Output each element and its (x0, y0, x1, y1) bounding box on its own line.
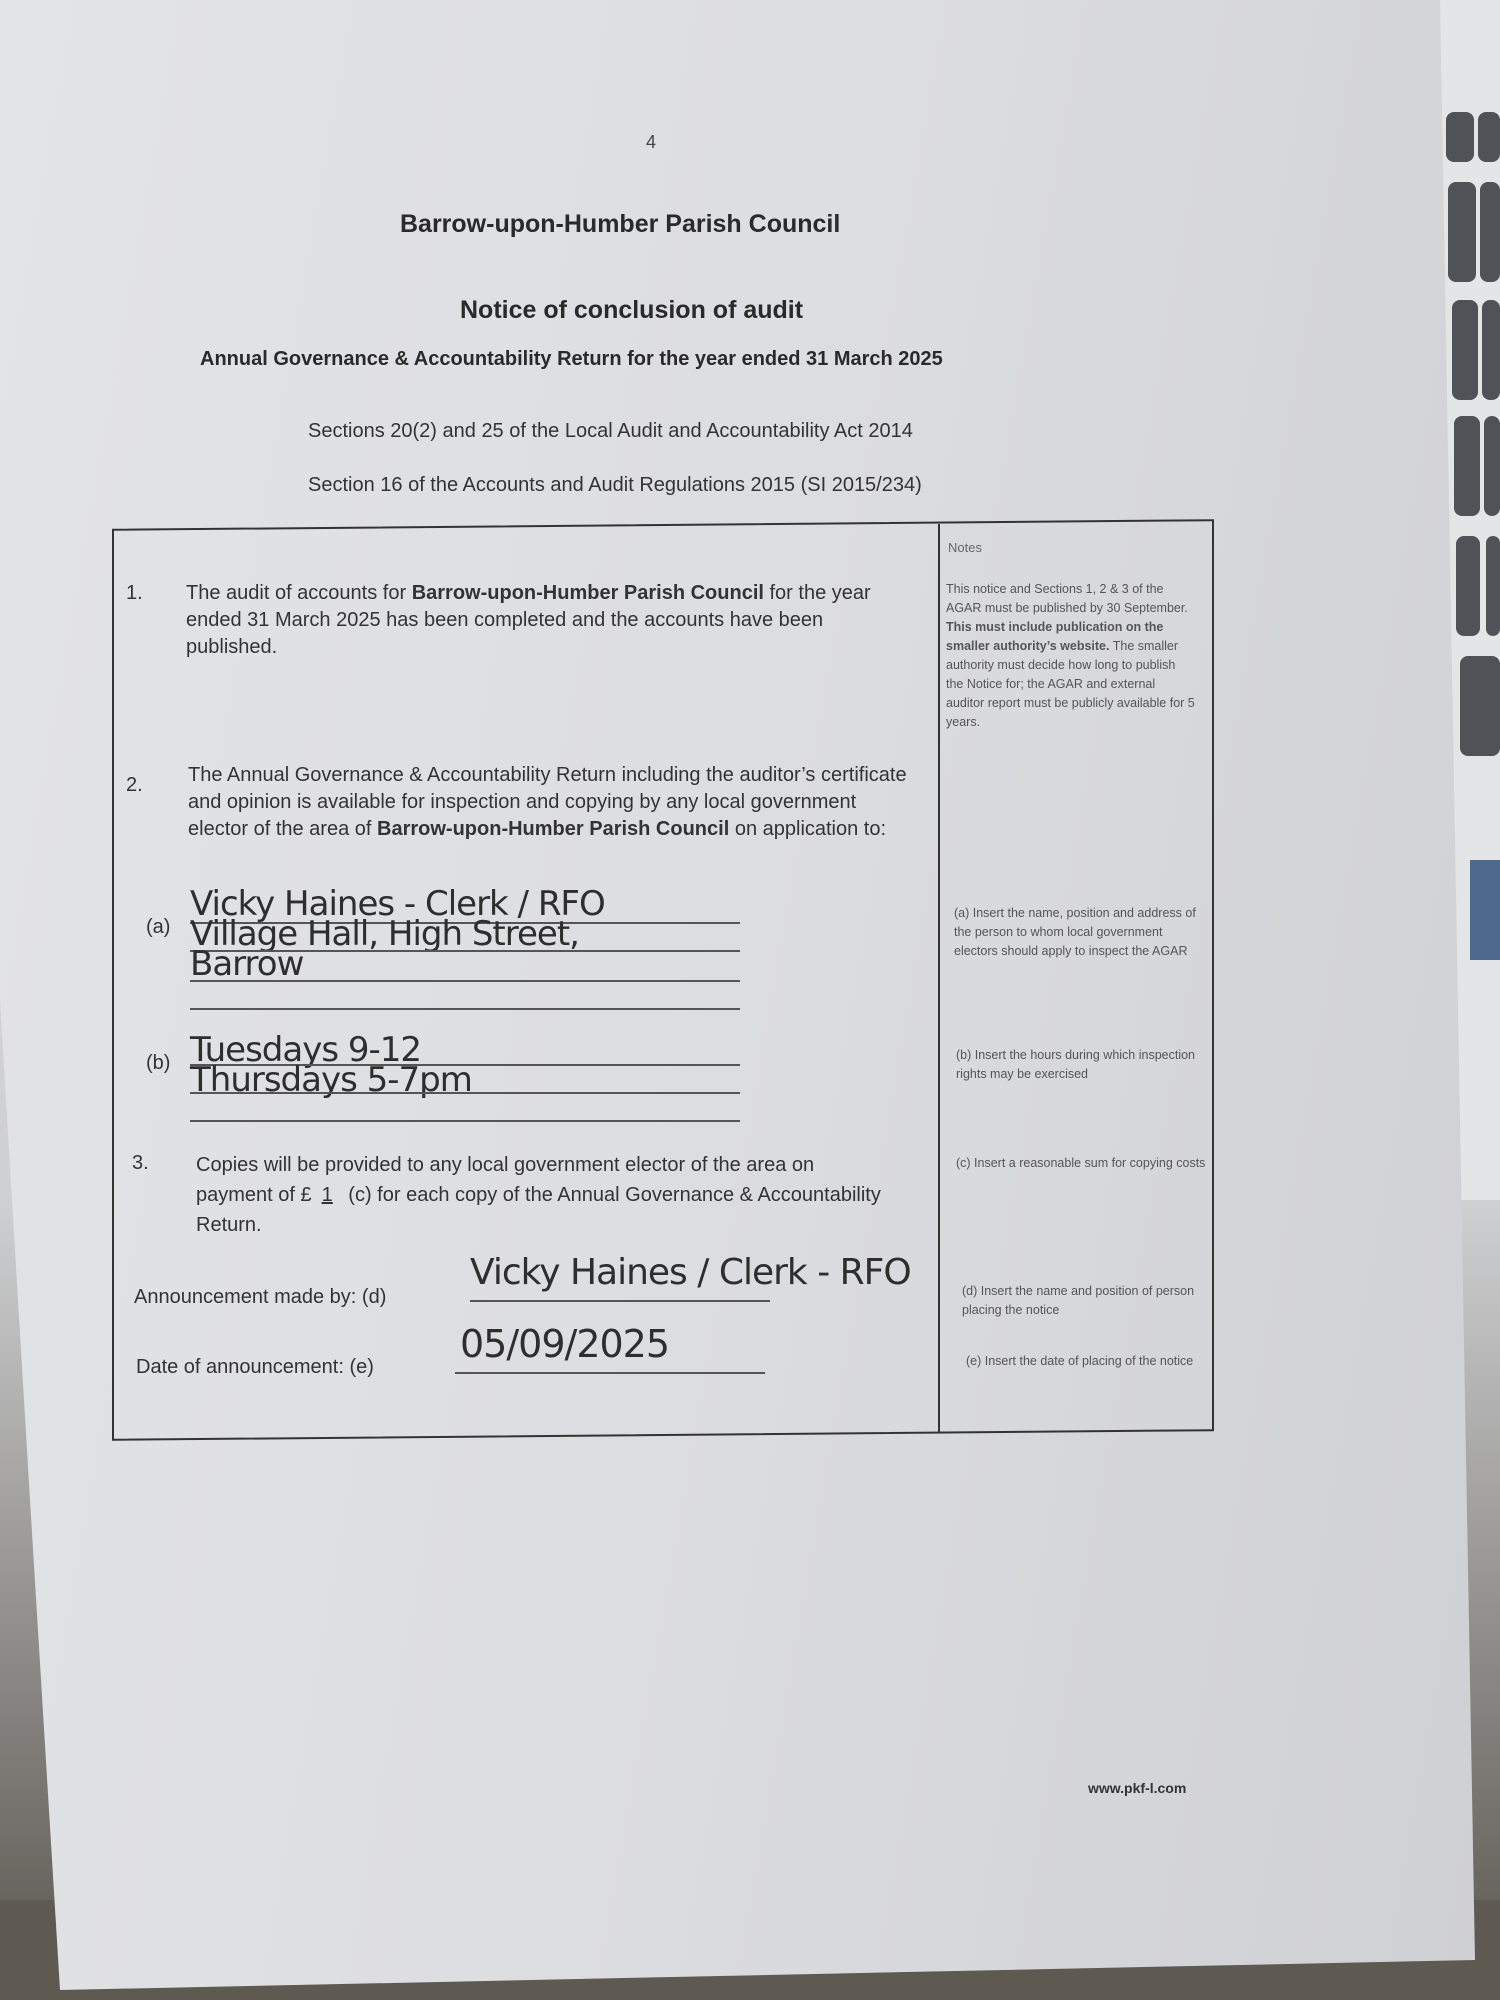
keyboard-key (1456, 536, 1480, 636)
footer-url: www.pkf-l.com (1088, 1780, 1186, 1796)
announcement-value: Vicky Haines / Clerk - RFO (470, 1252, 911, 1293)
date-value: 05/09/2025 (460, 1322, 669, 1366)
keyboard-key (1486, 536, 1500, 636)
date-label: Date of announcement: (e) (136, 1354, 374, 1381)
field-b-label: (b) (146, 1052, 170, 1075)
section-1-text: The audit of accounts for Barrow-upon-Hu… (186, 580, 906, 661)
keyboard-key (1454, 416, 1480, 516)
keyboard-key (1448, 182, 1476, 282)
note-b: (b) Insert the hours during which inspec… (956, 1046, 1206, 1084)
keyboard-key (1446, 112, 1474, 162)
note-d: (d) Insert the name and position of pers… (962, 1282, 1212, 1320)
note-e: (e) Insert the date of placing of the no… (966, 1352, 1216, 1371)
s2-post: on application to: (729, 818, 886, 840)
section-1-number: 1. (126, 582, 143, 605)
keyboard-key (1484, 416, 1500, 516)
keyboard-key (1480, 182, 1500, 282)
paper-sheet: 4 Barrow-upon-Humber Parish Council Noti… (0, 0, 1480, 1990)
keyboard-key (1452, 300, 1478, 400)
underline (190, 1120, 740, 1122)
underline (190, 980, 740, 982)
underline (470, 1300, 770, 1302)
page-number: 4 (646, 132, 656, 153)
section-2-text: The Annual Governance & Accountability R… (188, 762, 918, 843)
return-title: Annual Governance & Accountability Retur… (200, 348, 943, 371)
s1-council: Barrow-upon-Humber Parish Council (412, 582, 764, 604)
field-a-line-3: Barrow (190, 944, 303, 984)
underline (190, 1008, 740, 1010)
notice-title: Notice of conclusion of audit (460, 296, 803, 325)
s2-council: Barrow-upon-Humber Parish Council (377, 818, 729, 840)
legal-reference-regulations: Section 16 of the Accounts and Audit Reg… (308, 474, 922, 497)
announcement-label: Announcement made by: (d) (134, 1284, 386, 1311)
screen-edge (1470, 860, 1500, 960)
note-c: (c) Insert a reasonable sum for copying … (956, 1154, 1206, 1173)
field-b-line-2: Thursdays 5-7pm (190, 1060, 472, 1100)
keyboard-key (1460, 656, 1500, 756)
note-1-pre: This notice and Sections 1, 2 & 3 of the… (946, 582, 1188, 615)
copy-fee-amount: 1 (312, 1184, 343, 1206)
notes-heading: Notes (948, 540, 982, 555)
underline (190, 1092, 740, 1094)
section-3-text: Copies will be provided to any local gov… (196, 1150, 896, 1240)
section-3-number: 3. (132, 1152, 149, 1175)
s1-pre: The audit of accounts for (186, 582, 412, 604)
note-publication: This notice and Sections 1, 2 & 3 of the… (946, 580, 1196, 732)
keyboard-key (1478, 112, 1500, 162)
keyboard-key (1482, 300, 1500, 400)
section-2-number: 2. (126, 774, 143, 797)
legal-reference-act: Sections 20(2) and 25 of the Local Audit… (308, 420, 913, 443)
underline (455, 1372, 765, 1374)
council-title: Barrow-upon-Humber Parish Council (400, 210, 840, 239)
field-a-label: (a) (146, 916, 170, 939)
notes-column-divider (938, 524, 940, 1432)
note-a: (a) Insert the name, position and addres… (954, 904, 1204, 961)
